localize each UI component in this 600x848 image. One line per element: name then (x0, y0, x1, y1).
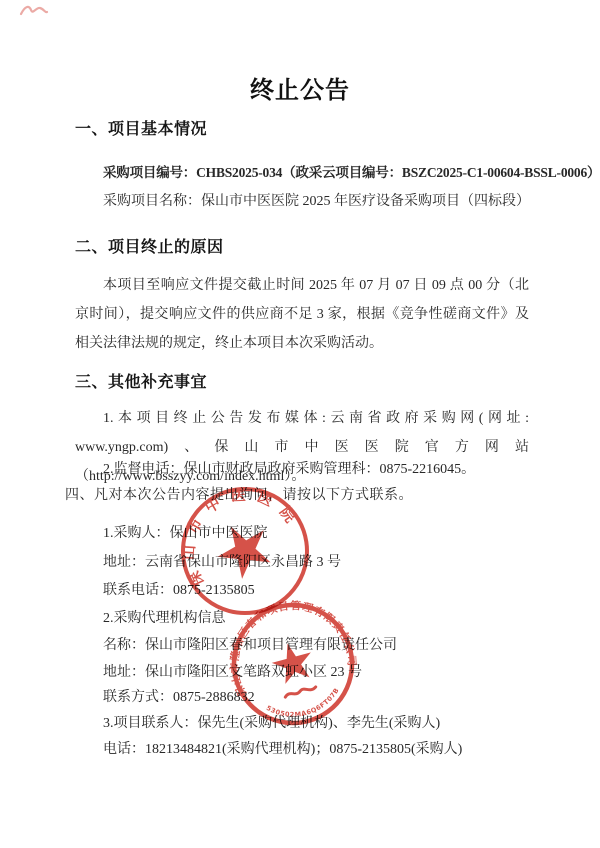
agency-info-line: 2.采购代理机构信息 (103, 610, 226, 628)
section1-heading: 一、项目基本情况 (75, 116, 207, 139)
supervision-phone-line: 2.监督电话：保山市财政局政府采购管理科：0875-2216045。 (103, 461, 475, 479)
agency-name-line: 名称：保山市隆阳区春和项目管理有限责任公司 (103, 637, 397, 655)
corner-scribble-mark (18, 2, 50, 20)
announcement-page: 终止公告 一、项目基本情况 采购项目编号：CHBS2025-034（政采云项目编… (0, 0, 600, 848)
project-name-line: 采购项目名称：保山市中医医院 2025 年医疗设备采购项目（四标段） (103, 193, 530, 211)
agency-address-line: 地址：保山市隆阳区文笔路双虹小区 23 号 (103, 664, 362, 682)
seal2-signature-mark (285, 686, 317, 697)
section3-heading: 三、其他补充事宜 (75, 369, 207, 392)
buyer-line: 1.采购人：保山市中医医院 (103, 525, 268, 543)
buyer-address-line: 地址：云南省保山市隆阳区永昌路 3 号 (103, 554, 341, 572)
document-title: 终止公告 (0, 70, 600, 105)
section2-heading: 二、项目终止的原因 (75, 234, 224, 257)
agency-phone-line: 联系方式：0875-2886832 (103, 689, 255, 707)
buyer-phone-line: 联系电话：0875-2135805 (103, 582, 255, 600)
contact-phones-line: 电话：18213484821(采购代理机构)；0875-2135805(采购人) (103, 741, 462, 759)
termination-reason-paragraph: 本项目至响应文件提交截止时间 2025 年 07 月 07 日 09 点 00 … (75, 271, 529, 358)
project-number-line: 采购项目编号：CHBS2025-034（政采云项目编号：BSZC2025-C1-… (103, 164, 600, 182)
section4-heading-line: 四、凡对本次公告内容提出询问，请按以下方式联系。 (65, 487, 413, 505)
project-contacts-line: 3.项目联系人：保先生(采购代理机构)、李先生(采购人) (103, 715, 440, 733)
